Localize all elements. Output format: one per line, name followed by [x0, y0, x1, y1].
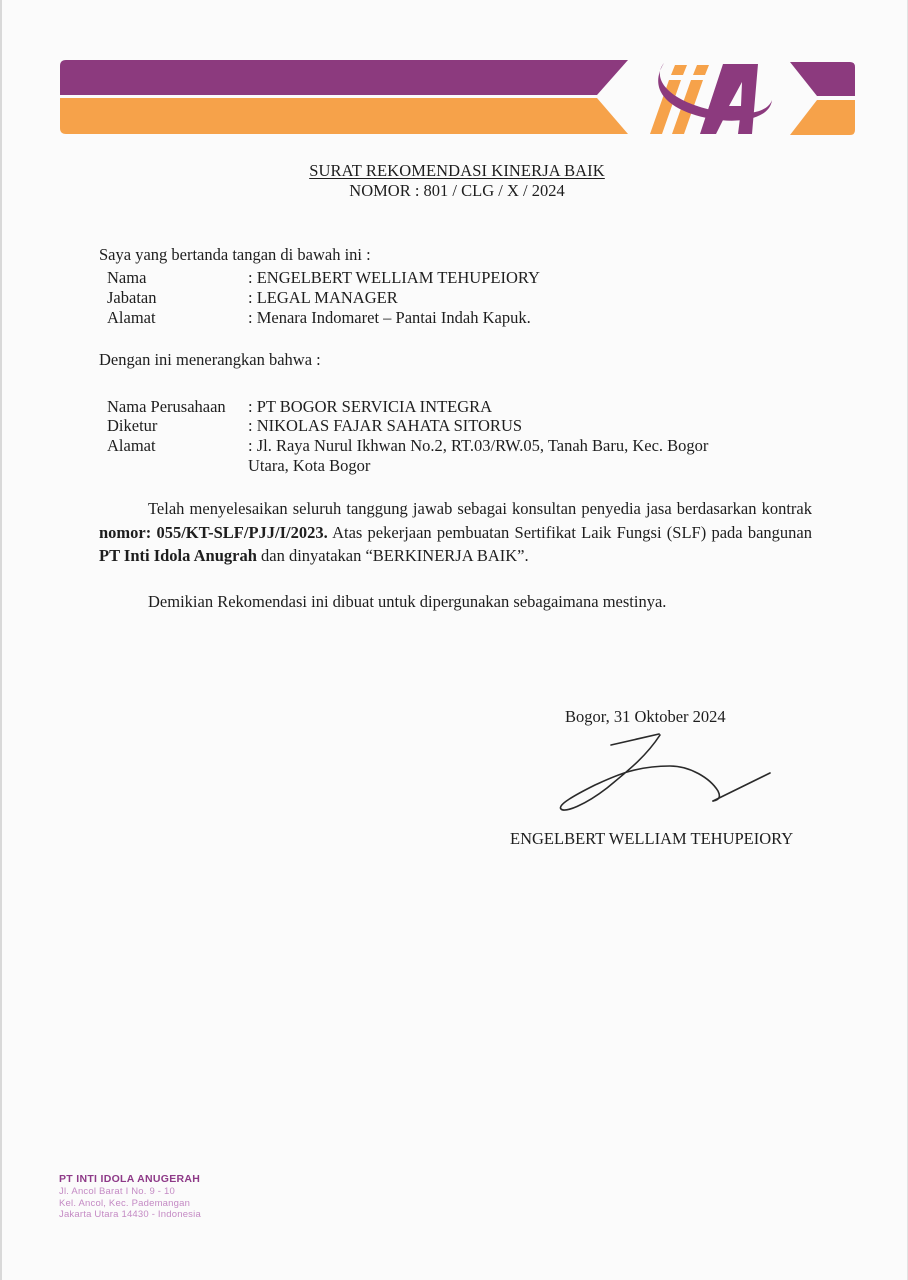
field-value: : Menara Indomaret – Pantai Indah Kapuk. — [248, 308, 531, 327]
document-header: SURAT REKOMENDASI KINERJA BAIK NOMOR : 8… — [0, 161, 908, 201]
company-logo — [650, 63, 772, 134]
footer-address-line: Jl. Ancol Barat I No. 9 - 10 — [59, 1186, 201, 1198]
place-date: Bogor, 31 Oktober 2024 — [565, 707, 726, 727]
field-value: : NIKOLAS FAJAR SAHATA SITORUS — [248, 416, 522, 435]
footer-company-name: PT INTI IDOLA ANUGERAH — [59, 1172, 201, 1186]
signer-field-address: Alamat: Menara Indomaret – Pantai Indah … — [107, 308, 531, 328]
body-text: Atas pekerjaan pembuatan Sertifikat Laik… — [328, 523, 812, 542]
body-paragraph: Telah menyelesaikan seluruh tanggung jaw… — [99, 497, 812, 568]
field-label: Nama Perusahaan — [107, 397, 248, 417]
body-text: dan dinyatakan “BERKINERJA BAIK”. — [257, 546, 529, 565]
company-address-continuation: Utara, Kota Bogor — [248, 456, 370, 476]
client-company: PT Inti Idola Anugrah — [99, 546, 257, 565]
field-label: Diketur — [107, 416, 248, 436]
footer-address-block: PT INTI IDOLA ANUGERAH Jl. Ancol Barat I… — [59, 1172, 201, 1221]
footer-address-line: Kel. Ancol, Kec. Pademangan — [59, 1198, 201, 1210]
field-value: : ENGELBERT WELLIAM TEHUPEIORY — [248, 268, 540, 287]
letterhead-banner — [0, 0, 908, 150]
field-label: Alamat — [107, 308, 248, 328]
company-field-director: Diketur: NIKOLAS FAJAR SAHATA SITORUS — [107, 416, 522, 436]
field-label: Nama — [107, 268, 248, 288]
intro-text: Saya yang bertanda tangan di bawah ini : — [99, 245, 371, 265]
footer-address-line: Jakarta Utara 14430 - Indonesia — [59, 1209, 201, 1221]
document-title: SURAT REKOMENDASI KINERJA BAIK — [0, 161, 908, 181]
document-number: NOMOR : 801 / CLG / X / 2024 — [0, 181, 908, 201]
body-text: Telah menyelesaikan seluruh tanggung jaw… — [148, 499, 812, 518]
signature-icon — [555, 733, 785, 823]
field-value: : LEGAL MANAGER — [248, 288, 398, 307]
company-field-address: Alamat: Jl. Raya Nurul Ikhwan No.2, RT.0… — [107, 436, 708, 456]
field-value: : PT BOGOR SERVICIA INTEGRA — [248, 397, 492, 416]
field-label: Jabatan — [107, 288, 248, 308]
field-label: Alamat — [107, 436, 248, 456]
letterhead-graphic — [0, 0, 908, 150]
signer-field-name: Nama: ENGELBERT WELLIAM TEHUPEIORY — [107, 268, 540, 288]
closing-text: Demikian Rekomendasi ini dibuat untuk di… — [148, 592, 666, 612]
signer-field-position: Jabatan: LEGAL MANAGER — [107, 288, 398, 308]
signatory-name: ENGELBERT WELLIAM TEHUPEIORY — [510, 829, 793, 849]
contract-number: nomor: 055/KT-SLF/PJJ/I/2023. — [99, 523, 328, 542]
company-field-name: Nama Perusahaan: PT BOGOR SERVICIA INTEG… — [107, 397, 492, 417]
field-value: : Jl. Raya Nurul Ikhwan No.2, RT.03/RW.0… — [248, 436, 708, 455]
statement-intro: Dengan ini menerangkan bahwa : — [99, 350, 321, 370]
